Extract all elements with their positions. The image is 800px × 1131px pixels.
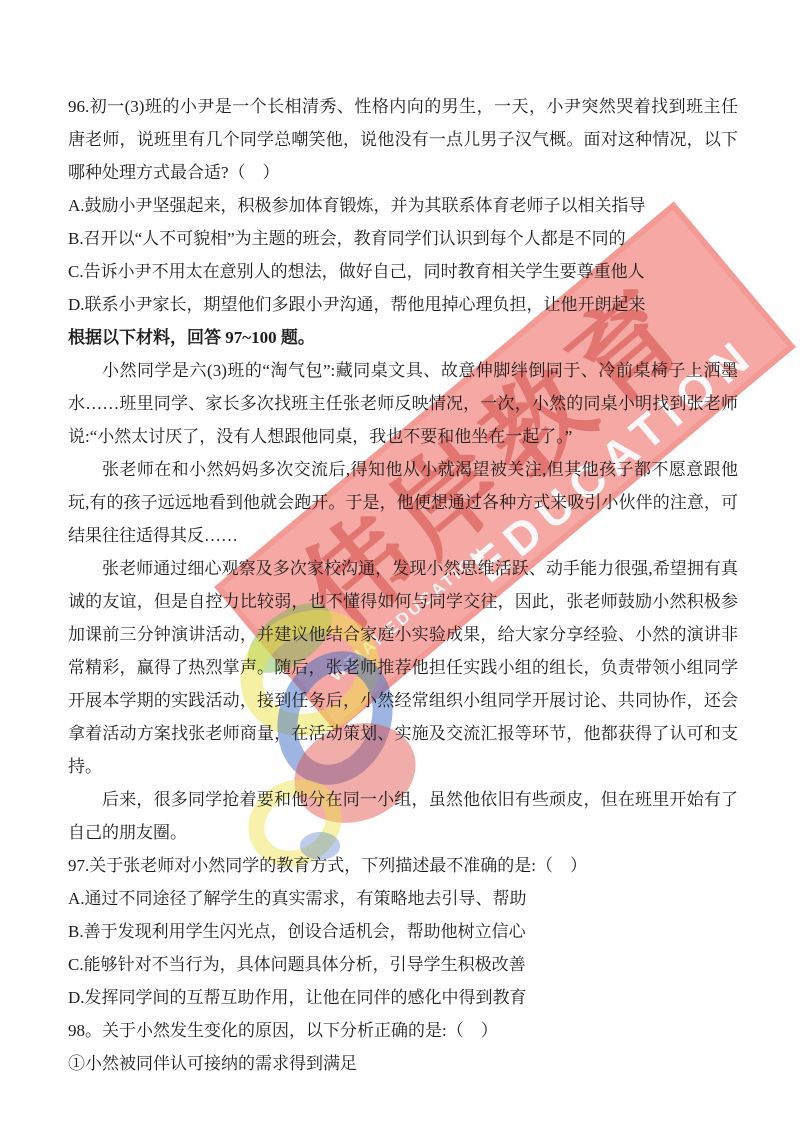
material-paragraph-2: 张老师在和小然妈妈多次交流后,得知他从小就渴望被关注,但其他孩子都不愿意跟他玩,… bbox=[68, 453, 738, 552]
question-98-item-1: ①小然被同伴认可接纳的需求得到满足 bbox=[68, 1047, 738, 1080]
exam-text: 96.初一(3)班的小尹是一个长相清秀、性格内向的男生，一天，小尹突然哭着找到班… bbox=[0, 0, 800, 1080]
material-header: 根据以下材料，回答 97~100 题。 bbox=[68, 321, 738, 354]
question-97-option-c: C.能够针对不当行为，具体问题具体分析，引导学生积极改善 bbox=[68, 948, 738, 981]
question-97-option-b: B.善于发现利用学生闪光点，创设合适机会，帮助他树立信心 bbox=[68, 915, 738, 948]
question-96-option-a: A.鼓励小尹坚强起来，积极参加体育锻炼，并为其联系体育老师子以相关指导 bbox=[68, 189, 738, 222]
document-page: 伟岸教育 EDUCATION WEIAI EDUCATION 96.初一(3)班… bbox=[0, 0, 800, 1131]
question-96-stem: 96.初一(3)班的小尹是一个长相清秀、性格内向的男生，一天，小尹突然哭着找到班… bbox=[68, 90, 738, 189]
question-97-stem: 97.关于张老师对小然同学的教育方式，下列描述最不准确的是:（ ） bbox=[68, 849, 738, 882]
question-98-stem: 98。关于小然发生变化的原因，以下分析正确的是:（ ） bbox=[68, 1014, 738, 1047]
material-paragraph-3: 张老师通过细心观察及多次家校沟通，发现小然思维活跃、动手能力很强,希望拥有真诚的… bbox=[68, 552, 738, 783]
question-97-option-a: A.通过不同途径了解学生的真实需求，有策略地去引导、帮助 bbox=[68, 882, 738, 915]
material-paragraph-4: 后来，很多同学抢着要和他分在同一小组，虽然他依旧有些顽皮，但在班里开始有了自己的… bbox=[68, 783, 738, 849]
question-96-option-b: B.召开以“人不可貌相”为主题的班会，教育同学们认识到每个人都是不同的 bbox=[68, 222, 738, 255]
question-96-option-c: C.告诉小尹不用太在意别人的想法，做好自己，同时教育相关学生要尊重他人 bbox=[68, 255, 738, 288]
material-paragraph-1: 小然同学是六(3)班的“淘气包”:藏同桌文具、故意伸脚绊倒同于、冷前桌椅子上洒墨… bbox=[68, 354, 738, 453]
question-96-option-d: D.联系小尹家长，期望他们多跟小尹沟通，帮他甩掉心理负担，让他开朗起来 bbox=[68, 288, 738, 321]
question-97-option-d: D.发挥同学间的互帮互助作用，让他在同伴的感化中得到教育 bbox=[68, 981, 738, 1014]
